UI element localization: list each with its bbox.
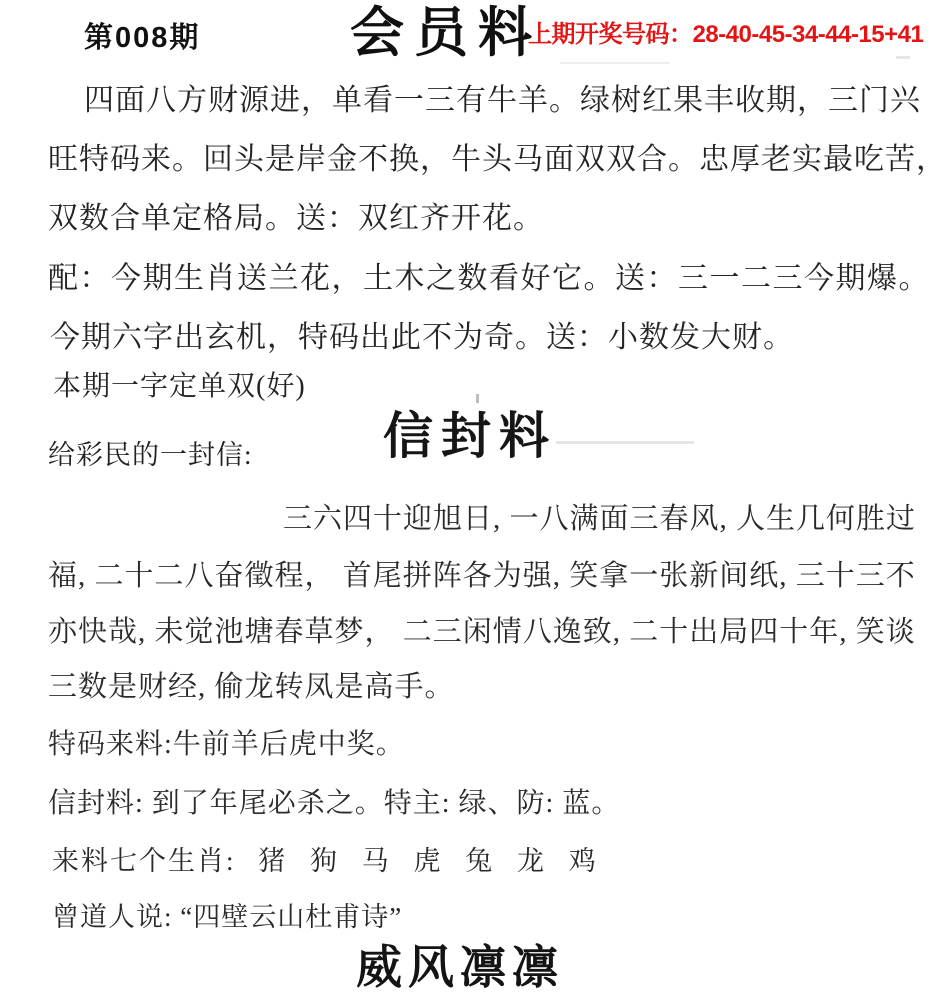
member-line-2: 旺特码来。回头是岸金不换，牛头马面双双合。忠厚老实最吃苦， xyxy=(48,143,931,178)
member-line-5: 今期六字出玄机，特码出此不为奇。送：小数发大财。 xyxy=(50,321,794,356)
letter-line-2: 福, 二十二八奋徵程， 首尾拼阵各为强, 笑拿一张新间纸, 三十三不 xyxy=(48,560,916,593)
member-line-6: 本期一字定单双(好) xyxy=(53,371,306,403)
tip-sheet-page: 第008期 会员料 上期开奖号码：28-40-45-34-44-15+41 四面… xyxy=(0,0,931,1008)
issue-label: 第008期 xyxy=(84,22,200,55)
letter-line-3: 亦快哉, 未觉池塘春草梦， 二三闲情八逸致, 二十出局四十年, 笑谈 xyxy=(48,616,916,649)
member-line-4: 配：今期生肖送兰花，土木之数看好它。送：三一二三今期爆。 xyxy=(48,262,930,297)
scan-artifact xyxy=(556,441,694,444)
scan-artifact xyxy=(560,62,670,64)
member-line-3: 双数合单定格局。送：双红齐开花。 xyxy=(48,202,544,237)
member-material-title: 会员料 xyxy=(350,2,542,64)
last-draw-numbers: 上期开奖号码：28-40-45-34-44-15+41 xyxy=(528,21,923,49)
scan-artifact xyxy=(896,56,910,59)
letter-line-4: 三数是财经, 偷龙转凤是高手。 xyxy=(48,671,455,704)
special-code-tip: 特码来料:牛前羊后虎中奖。 xyxy=(48,729,405,761)
scan-artifact xyxy=(476,394,479,403)
envelope-material-title: 信封料 xyxy=(383,408,557,466)
zengdaoren-quote: 曾道人说: “四壁云山杜甫诗” xyxy=(52,902,402,933)
member-line-1: 四面八方财源进，单看一三有牛羊。绿树红果丰收期，三门兴 xyxy=(84,84,921,119)
zodiac-tip: 来料七个生肖: 猪 狗 马 虎 兔 龙 鸡 xyxy=(52,846,598,877)
letter-line-1: 三六四十迎旭日, 一八满面三春风, 人生几何胜过 xyxy=(283,503,916,536)
footer-slogan: 威风凛凛 xyxy=(356,942,564,995)
envelope-tip: 信封料: 到了年尾必杀之。特主: 绿、防: 蓝。 xyxy=(48,788,620,820)
letter-intro: 给彩民的一封信: xyxy=(48,440,253,471)
